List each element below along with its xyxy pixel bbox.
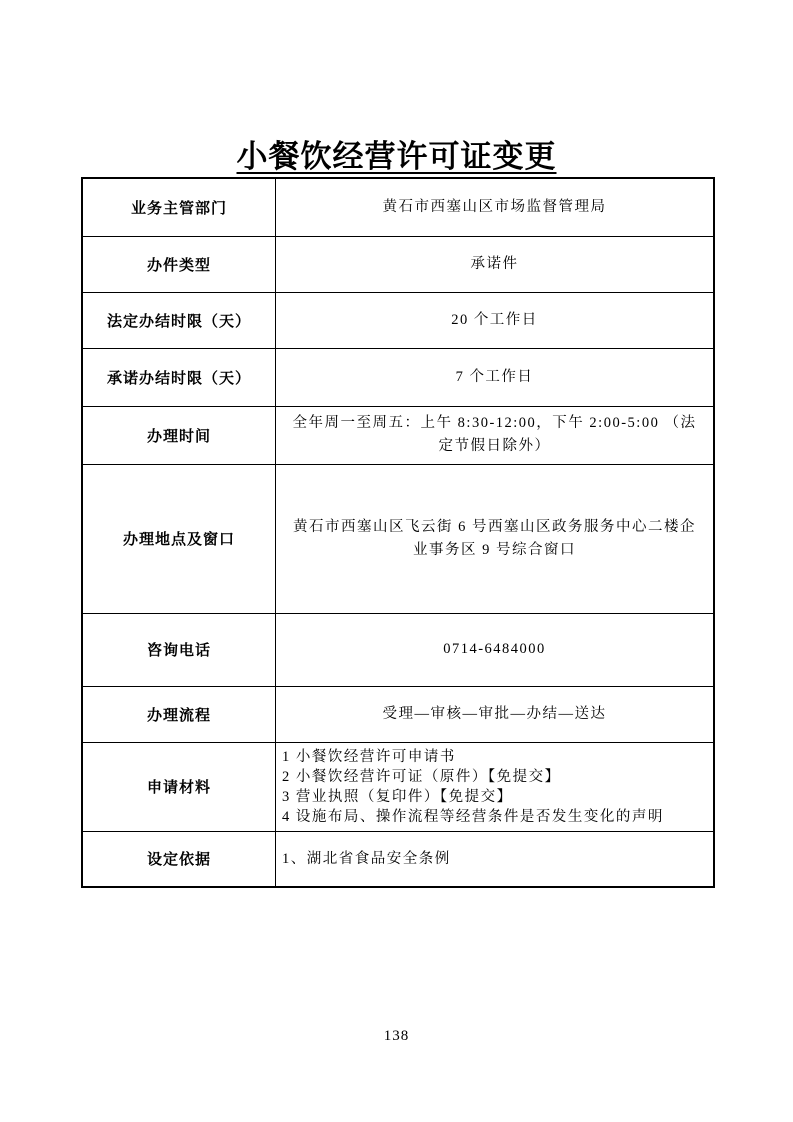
row-label: 承诺办结时限（天） (82, 348, 276, 406)
page-number: 138 (0, 1028, 793, 1045)
row-value: 黄石市西塞山区市场监督管理局 (276, 178, 715, 236)
row-label: 办理流程 (82, 686, 276, 742)
row-value: 黄石市西塞山区飞云街 6 号西塞山区政务服务中心二楼企业事务区 9 号综合窗口 (276, 464, 715, 613)
row-value: 全年周一至周五：上午 8:30-12:00，下午 2:00-5:00 （法定节假… (276, 406, 715, 464)
row-value: 20 个工作日 (276, 292, 715, 348)
document-page: 小餐饮经营许可证变更 业务主管部门 黄石市西塞山区市场监督管理局 办件类型 承诺… (0, 0, 793, 1122)
table-row: 办件类型 承诺件 (82, 236, 714, 292)
row-label: 咨询电话 (82, 613, 276, 686)
row-value: 1 小餐饮经营许可申请书 2 小餐饮经营许可证（原件）【免提交】 3 营业执照（… (276, 742, 715, 831)
table-row: 咨询电话 0714-6484000 (82, 613, 714, 686)
table-row: 申请材料 1 小餐饮经营许可申请书 2 小餐饮经营许可证（原件）【免提交】 3 … (82, 742, 714, 831)
row-label: 办理时间 (82, 406, 276, 464)
table-row: 设定依据 1、湖北省食品安全条例 (82, 831, 714, 887)
row-label: 申请材料 (82, 742, 276, 831)
table-row: 办理时间 全年周一至周五：上午 8:30-12:00，下午 2:00-5:00 … (82, 406, 714, 464)
row-label: 设定依据 (82, 831, 276, 887)
table-row: 法定办结时限（天） 20 个工作日 (82, 292, 714, 348)
service-info-table: 业务主管部门 黄石市西塞山区市场监督管理局 办件类型 承诺件 法定办结时限（天）… (81, 177, 715, 888)
row-value: 7 个工作日 (276, 348, 715, 406)
row-label: 办件类型 (82, 236, 276, 292)
row-label: 法定办结时限（天） (82, 292, 276, 348)
table-row: 办理地点及窗口 黄石市西塞山区飞云街 6 号西塞山区政务服务中心二楼企业事务区 … (82, 464, 714, 613)
row-value: 承诺件 (276, 236, 715, 292)
row-label: 业务主管部门 (82, 178, 276, 236)
row-value: 1、湖北省食品安全条例 (276, 831, 715, 887)
table-row: 办理流程 受理—审核—审批—办结—送达 (82, 686, 714, 742)
row-value: 受理—审核—审批—办结—送达 (276, 686, 715, 742)
page-title-text: 小餐饮经营许可证变更 (237, 139, 557, 174)
row-value: 0714-6484000 (276, 613, 715, 686)
table-row: 业务主管部门 黄石市西塞山区市场监督管理局 (82, 178, 714, 236)
table-row: 承诺办结时限（天） 7 个工作日 (82, 348, 714, 406)
row-label: 办理地点及窗口 (82, 464, 276, 613)
page-title: 小餐饮经营许可证变更 (0, 131, 793, 176)
